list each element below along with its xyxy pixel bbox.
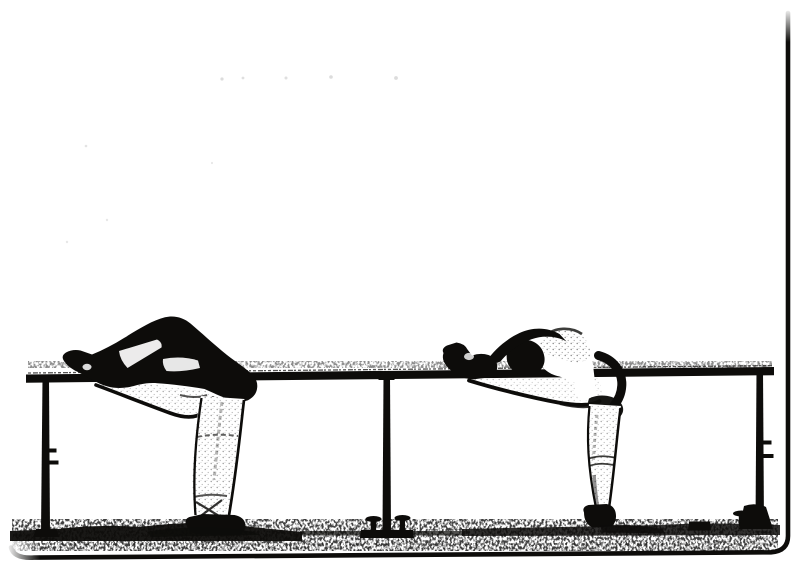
- dancers-at-barre-photo: [0, 0, 800, 568]
- post-bracket: [763, 441, 772, 445]
- border-fade-top: [780, 8, 796, 42]
- post-bracket: [49, 461, 59, 465]
- right-dancer-shoe: [583, 504, 616, 528]
- left-dancer-hand-gap: [83, 364, 92, 370]
- right-dancer-hand-gap: [464, 353, 474, 360]
- post-bracket: [764, 454, 774, 458]
- post-bracket: [48, 449, 57, 453]
- post-base-plate: [360, 530, 414, 538]
- border-fade-left: [6, 541, 40, 565]
- photo-canvas: [0, 0, 800, 568]
- paper-background: [0, 0, 800, 568]
- floor-block: [688, 522, 711, 531]
